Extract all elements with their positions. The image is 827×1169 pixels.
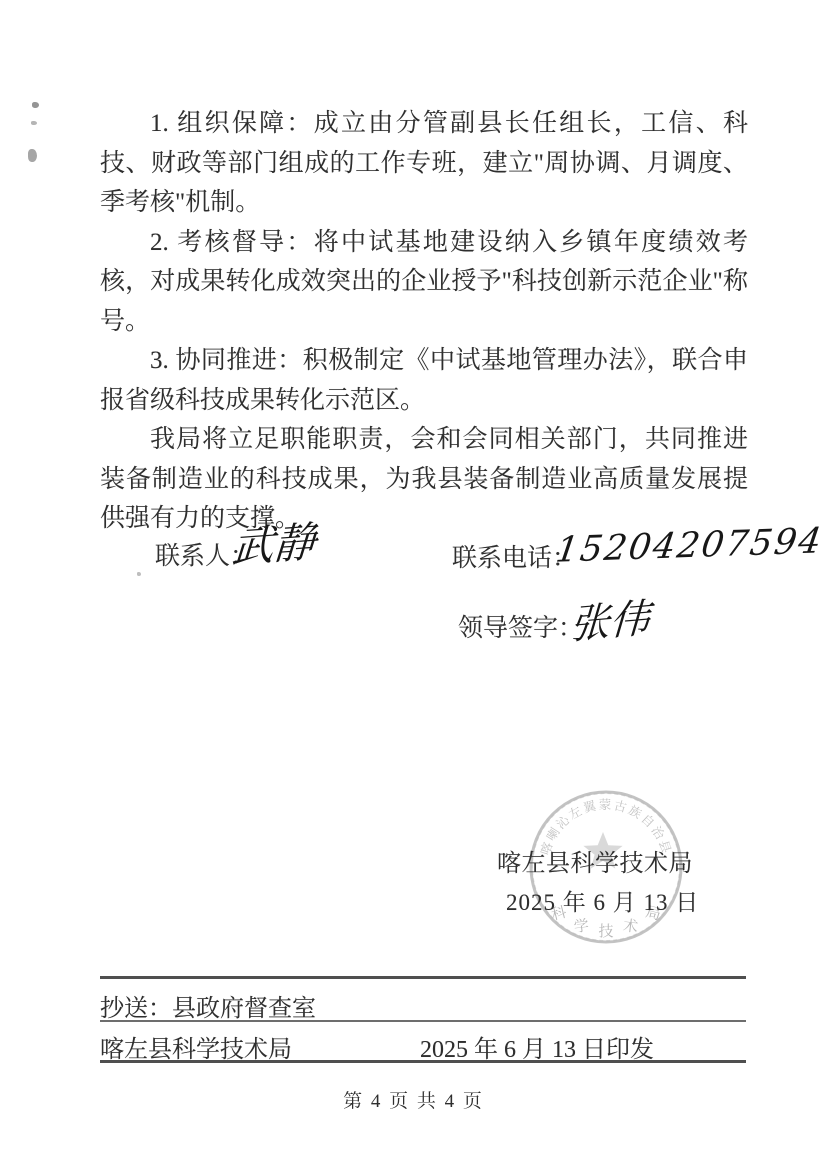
signoff-date: 2025 年 6 月 13 日	[506, 884, 699, 917]
leader-signature-label: 领导签字：	[458, 608, 583, 644]
footer-divider-top	[100, 976, 746, 979]
contact-person-handwritten-name: 武静	[230, 509, 318, 575]
paragraph-coordinated-promotion: 3. 协同推进：积极制定《中试基地管理办法》，联合申报省级科技成果转化示范区。	[100, 341, 748, 420]
footer-print-date: 2025 年 6 月 13 日印发	[420, 1029, 654, 1064]
document-body: 1. 组织保障：成立由分管副县长任组长，工信、科技、财政等部门组成的工作专班，建…	[100, 104, 748, 539]
scan-speck	[137, 572, 141, 576]
paragraph-assessment-supervision: 2. 考核督导：将中试基地建设纳入乡镇年度绩效考核，对成果转化成效突出的企业授予…	[100, 223, 748, 342]
seal-bottom-arc-char: 术	[622, 917, 639, 936]
seal-bottom-arc-char: 学	[573, 917, 590, 936]
scan-speck	[32, 102, 39, 108]
seal-bottom-arc-char: 技	[598, 923, 613, 940]
footer-divider-bottom	[100, 1060, 746, 1063]
paragraph-organization-guarantee: 1. 组织保障：成立由分管副县长任组长，工信、科技、财政等部门组成的工作专班，建…	[100, 104, 748, 223]
scan-speck	[31, 121, 37, 125]
contact-phone-handwritten-number: 15204207594	[553, 521, 825, 571]
signoff-agency-name: 喀左县科学技术局	[497, 843, 693, 878]
footer-cc-line: 抄送：县政府督查室	[100, 988, 316, 1023]
scanned-document-page: 1. 组织保障：成立由分管副县长任组长，工信、科技、财政等部门组成的工作专班，建…	[0, 0, 827, 1169]
page-number: 第 4 页 共 4 页	[0, 1086, 827, 1113]
footer-divider-middle	[100, 1020, 746, 1022]
scan-speck	[28, 149, 37, 162]
paragraph-closing-statement: 我局将立足职能职责，会和会同相关部门，共同推进装备制造业的科技成果，为我县装备制…	[100, 420, 748, 539]
leader-handwritten-signature: 张伟	[569, 586, 652, 650]
footer-issuer-agency: 喀左县科学技术局	[100, 1029, 292, 1064]
